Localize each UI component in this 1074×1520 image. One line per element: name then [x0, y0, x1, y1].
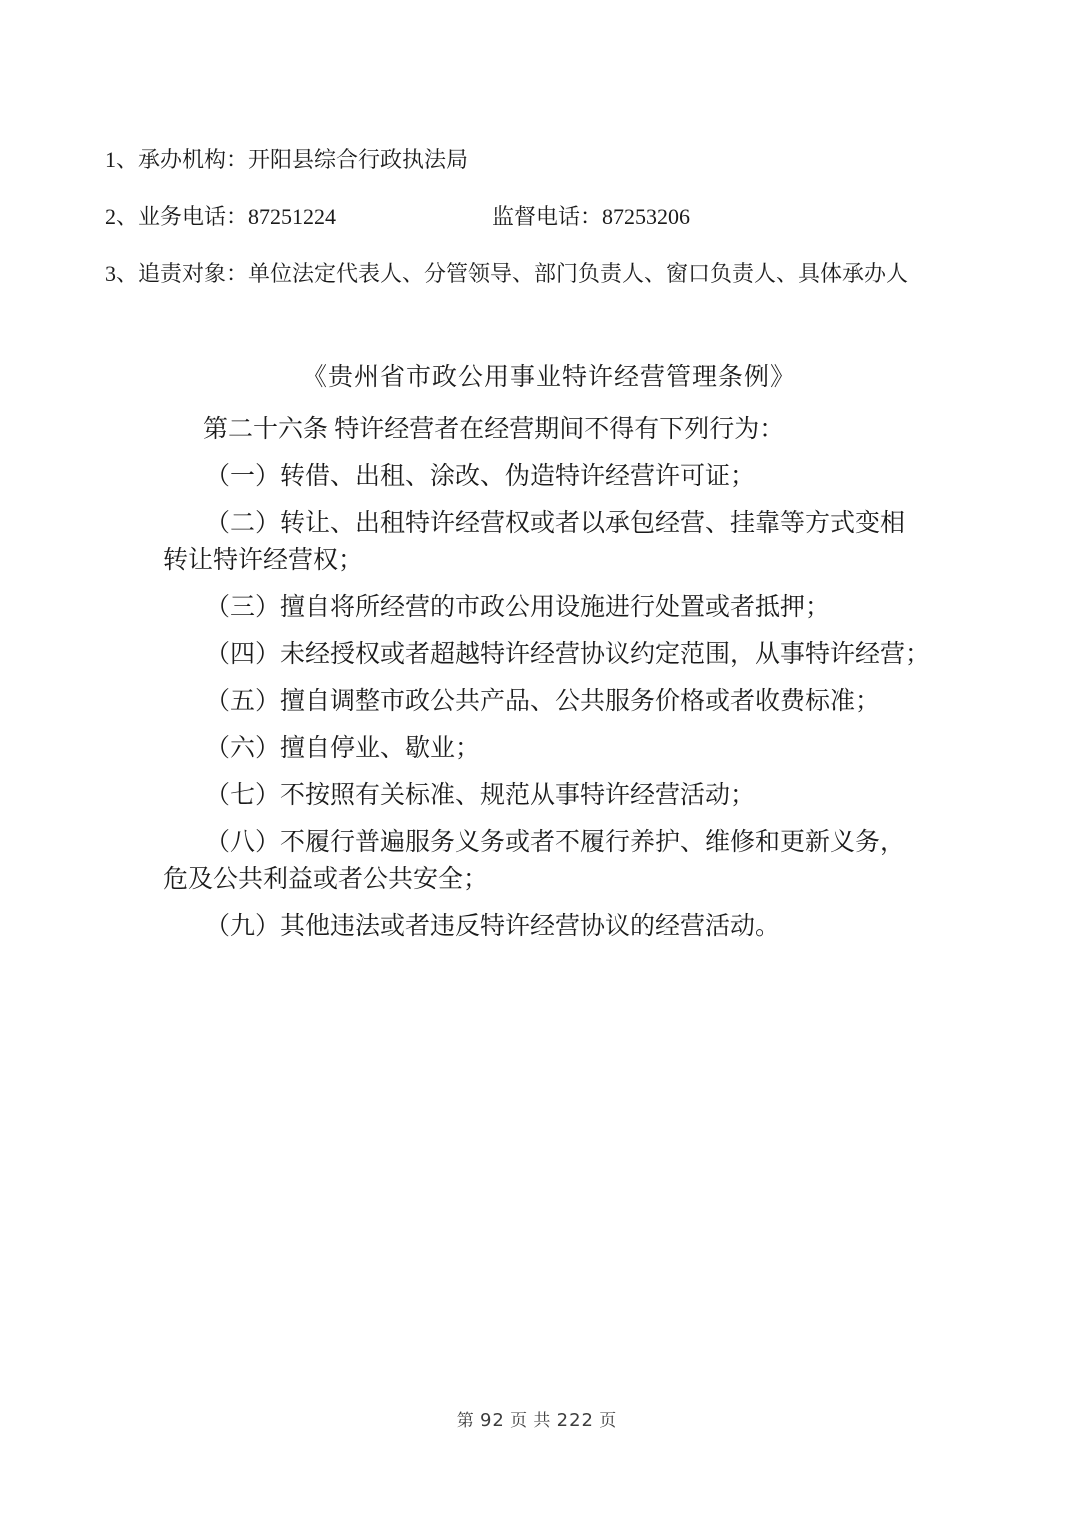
clause-4: （四）未经授权或者超越特许经营协议约定范围，从事特许经营；	[163, 636, 935, 673]
clause-5: （五）擅自调整市政公共产品、公共服务价格或者收费标准；	[163, 683, 935, 720]
clause-8: （八）不履行普遍服务义务或者不履行养护、维修和更新义务， 危及公共利益或者公共安…	[163, 824, 935, 898]
accountability-line: 3、追责对象：单位法定代表人、分管领导、部门负责人、窗口负责人、具体承办人	[105, 259, 1035, 289]
clause-2-line-2: 转让特许经营权；	[163, 542, 935, 579]
footer-page-unit: 页	[510, 1411, 528, 1430]
footer-total-label: 共	[533, 1411, 551, 1430]
footer-current-page: 92	[480, 1410, 505, 1431]
clause-2: （二）转让、出租特许经营权或者以承包经营、挂靠等方式变相 转让特许经营权；	[163, 505, 935, 579]
clause-5-line-1: （五）擅自调整市政公共产品、公共服务价格或者收费标准；	[163, 683, 935, 720]
agency-line: 1、承办机构：开阳县综合行政执法局	[105, 145, 1035, 175]
contact-info-section: 1、承办机构：开阳县综合行政执法局 2、业务电话：87251224 监督电话：8…	[105, 145, 1035, 316]
clause-7: （七）不按照有关标准、规范从事特许经营活动；	[163, 777, 935, 814]
clause-9-line-1: （九）其他违法或者违反特许经营协议的经营活动。	[163, 908, 935, 945]
regulation-title: 《贵州省市政公用事业特许经营管理条例》	[163, 359, 935, 397]
phone-line: 2、业务电话：87251224 监督电话：87253206	[105, 202, 1035, 232]
page-footer: 第 92 页 共 222 页	[0, 1408, 1074, 1434]
clause-9: （九）其他违法或者违反特许经营协议的经营活动。	[163, 908, 935, 945]
clause-8-line-2: 危及公共利益或者公共安全；	[163, 861, 935, 898]
business-phone: 2、业务电话：87251224	[105, 204, 336, 229]
clause-7-line-1: （七）不按照有关标准、规范从事特许经营活动；	[163, 777, 935, 814]
clause-3-line-1: （三）擅自将所经营的市政公用设施进行处置或者抵押；	[163, 589, 935, 626]
clause-1: （一）转借、出租、涂改、伪造特许经营许可证；	[163, 458, 935, 495]
clause-8-line-1: （八）不履行普遍服务义务或者不履行养护、维修和更新义务，	[163, 824, 935, 861]
clause-2-line-1: （二）转让、出租特许经营权或者以承包经营、挂靠等方式变相	[163, 505, 935, 542]
footer-total-pages: 222	[557, 1410, 594, 1431]
clause-4-line-1: （四）未经授权或者超越特许经营协议约定范围，从事特许经营；	[163, 636, 935, 673]
clause-3: （三）擅自将所经营的市政公用设施进行处置或者抵押；	[163, 589, 935, 626]
document-page: 1、承办机构：开阳县综合行政执法局 2、业务电话：87251224 监督电话：8…	[0, 0, 1074, 1520]
footer-page-unit-end: 页	[599, 1411, 617, 1430]
supervision-phone: 监督电话：87253206	[492, 202, 690, 232]
article-heading: 第二十六条 特许经营者在经营期间不得有下列行为：	[163, 411, 935, 448]
footer-page-prefix: 第	[457, 1411, 475, 1430]
clause-1-line-1: （一）转借、出租、涂改、伪造特许经营许可证；	[163, 458, 935, 495]
clause-6-line-1: （六）擅自停业、歇业；	[163, 730, 935, 767]
regulation-section: 《贵州省市政公用事业特许经营管理条例》 第二十六条 特许经营者在经营期间不得有下…	[163, 359, 935, 955]
clause-6: （六）擅自停业、歇业；	[163, 730, 935, 767]
